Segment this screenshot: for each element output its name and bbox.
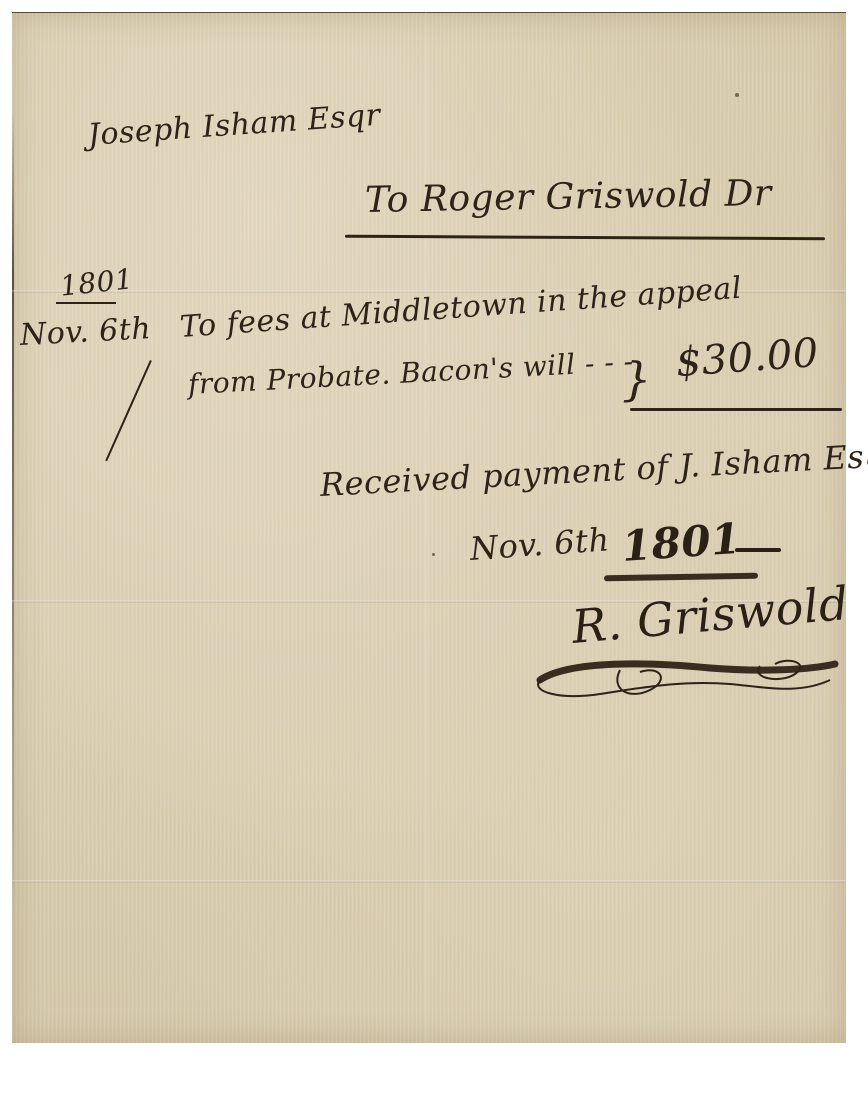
ink-speck — [735, 93, 739, 97]
fold-line-vertical — [425, 12, 427, 1042]
ledger-year-underline — [56, 302, 116, 304]
ink-speck — [432, 553, 435, 556]
entry-date: Nov. 6th — [19, 311, 152, 353]
creditor-heading: To Roger Griswold Dr — [365, 173, 772, 221]
receipt-year: 1801 — [620, 514, 742, 571]
signature-flourish-icon — [530, 650, 840, 710]
fold-line — [12, 880, 846, 883]
year-dash — [735, 548, 781, 552]
paper-edge — [12, 110, 14, 930]
entry-bracket: } — [622, 352, 652, 406]
amount-underline — [630, 408, 842, 411]
